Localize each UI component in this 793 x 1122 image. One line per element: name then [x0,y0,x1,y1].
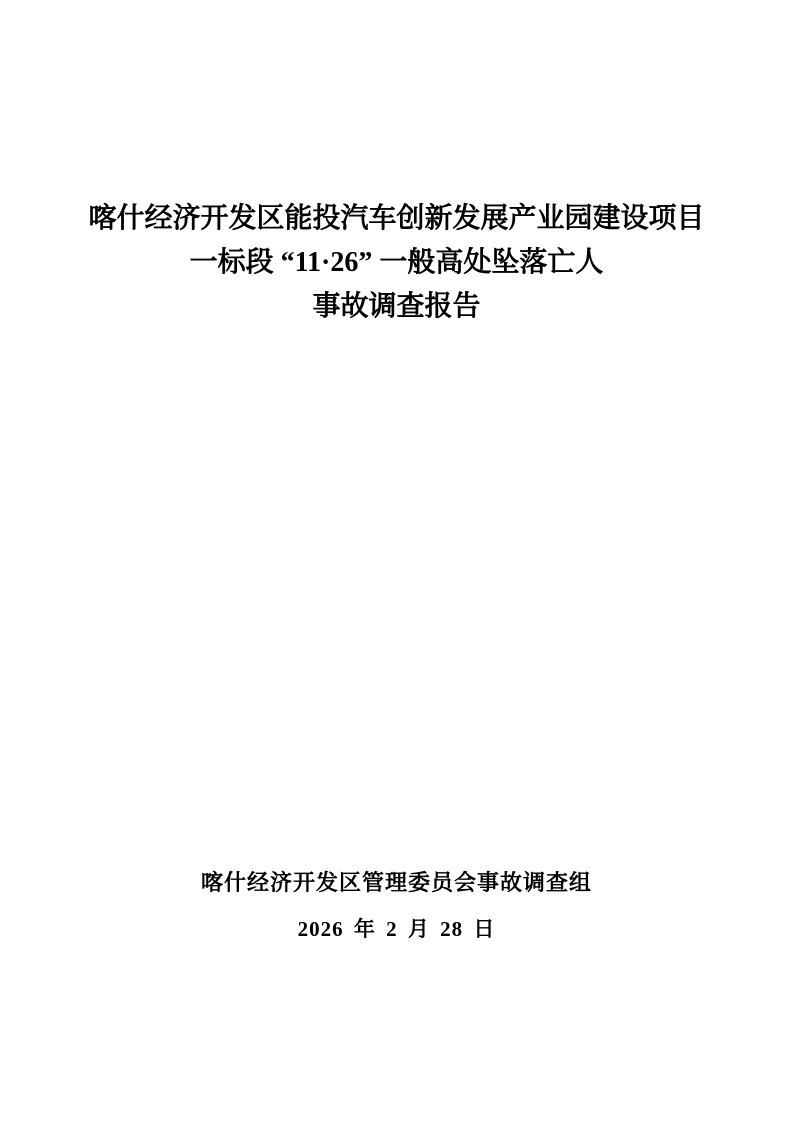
report-title-line-2: 一标段 “11·26” 一般高处坠落亡人 [0,241,793,285]
report-title-line-1: 喀什经济开发区能投汽车创新发展产业园建设项目 [0,197,793,241]
report-date: 2026 年 2 月 28 日 [0,915,793,943]
investigation-team-name: 喀什经济开发区管理委员会事故调查组 [0,868,793,898]
document-cover-page: 喀什经济开发区能投汽车创新发展产业园建设项目 一标段 “11·26” 一般高处坠… [0,0,793,1122]
signature-block: 喀什经济开发区管理委员会事故调查组 2026 年 2 月 28 日 [0,868,793,943]
report-title: 喀什经济开发区能投汽车创新发展产业园建设项目 一标段 “11·26” 一般高处坠… [0,197,793,329]
report-title-line-3: 事故调查报告 [0,285,793,329]
